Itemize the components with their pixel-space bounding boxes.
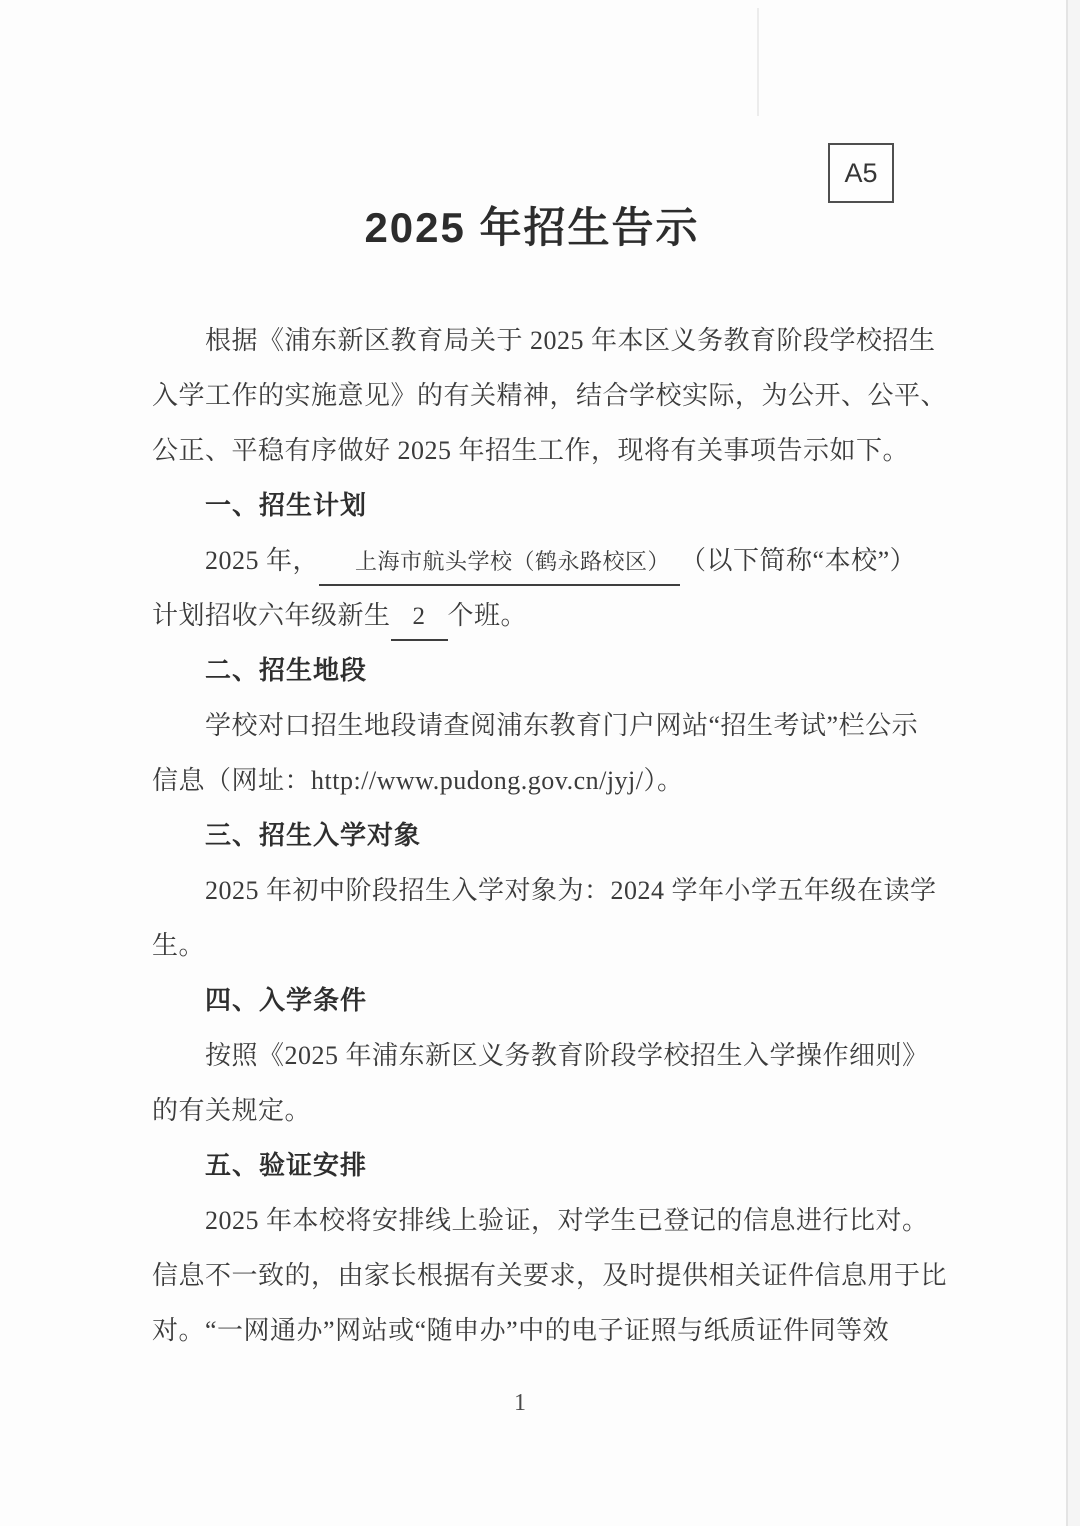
document-title: 2025 年招生告示 <box>152 198 912 258</box>
section-3-heading: 三、招生入学对象 <box>152 808 932 863</box>
a5-label: A5 <box>844 158 877 189</box>
school-alias-suffix: （以下简称“本校”） <box>680 546 916 575</box>
section-2-line-1: 学校对口招生地段请查阅浦东教育门户网站“招生考试”栏公示 <box>152 698 932 753</box>
section-5-line-3: 对。“一网通办”网站或“随申办”中的电子证照与纸质证件同等效 <box>152 1303 932 1358</box>
section-5-line-1: 2025 年本校将安排线上验证，对学生已登记的信息进行比对。 <box>152 1193 932 1248</box>
section-2-heading: 二、招生地段 <box>152 643 932 698</box>
section-1-line-1: 2025 年，上海市航头学校（鹤永路校区）（以下简称“本校”） <box>152 533 932 588</box>
enrollment-year-prefix: 2025 年， <box>205 546 319 575</box>
class-plan-prefix: 计划招收六年级新生 <box>152 601 391 630</box>
class-count-blank: 2 <box>391 597 448 641</box>
intro-line-3: 公正、平稳有序做好 2025 年招生工作，现将有关事项告示如下。 <box>152 423 932 478</box>
scan-artifact <box>757 8 759 116</box>
section-5-line-2: 信息不一致的，由家长根据有关要求，及时提供相关证件信息用于比 <box>152 1248 932 1303</box>
a5-label-box: A5 <box>828 143 894 203</box>
section-5-heading: 五、验证安排 <box>152 1138 932 1193</box>
class-plan-suffix: 个班。 <box>448 601 528 630</box>
section-1-heading: 一、招生计划 <box>152 478 932 533</box>
document-page: A5 2025 年招生告示 根据《浦东新区教育局关于 2025 年本区义务教育阶… <box>0 0 1080 1526</box>
section-3-line-1: 2025 年初中阶段招生入学对象为：2024 学年小学五年级在读学 <box>152 863 932 918</box>
school-name-blank: 上海市航头学校（鹤永路校区） <box>319 542 680 586</box>
section-4-line-1: 按照《2025 年浦东新区义务教育阶段学校招生入学操作细则》 <box>152 1028 932 1083</box>
page-edge-shadow <box>1066 0 1080 1526</box>
section-1-line-2: 计划招收六年级新生2个班。 <box>152 588 932 643</box>
intro-line-2: 入学工作的实施意见》的有关精神，结合学校实际，为公开、公平、 <box>152 368 932 423</box>
section-3-line-2: 生。 <box>152 918 932 973</box>
section-4-heading: 四、入学条件 <box>152 973 932 1028</box>
section-2-line-2: 信息（网址：http://www.pudong.gov.cn/jyj/）。 <box>152 753 932 808</box>
intro-line-1: 根据《浦东新区教育局关于 2025 年本区义务教育阶段学校招生 <box>152 313 932 368</box>
section-4-line-2: 的有关规定。 <box>152 1083 932 1138</box>
page-number: 1 <box>152 1390 888 1417</box>
document-body: 根据《浦东新区教育局关于 2025 年本区义务教育阶段学校招生 入学工作的实施意… <box>152 313 932 1358</box>
